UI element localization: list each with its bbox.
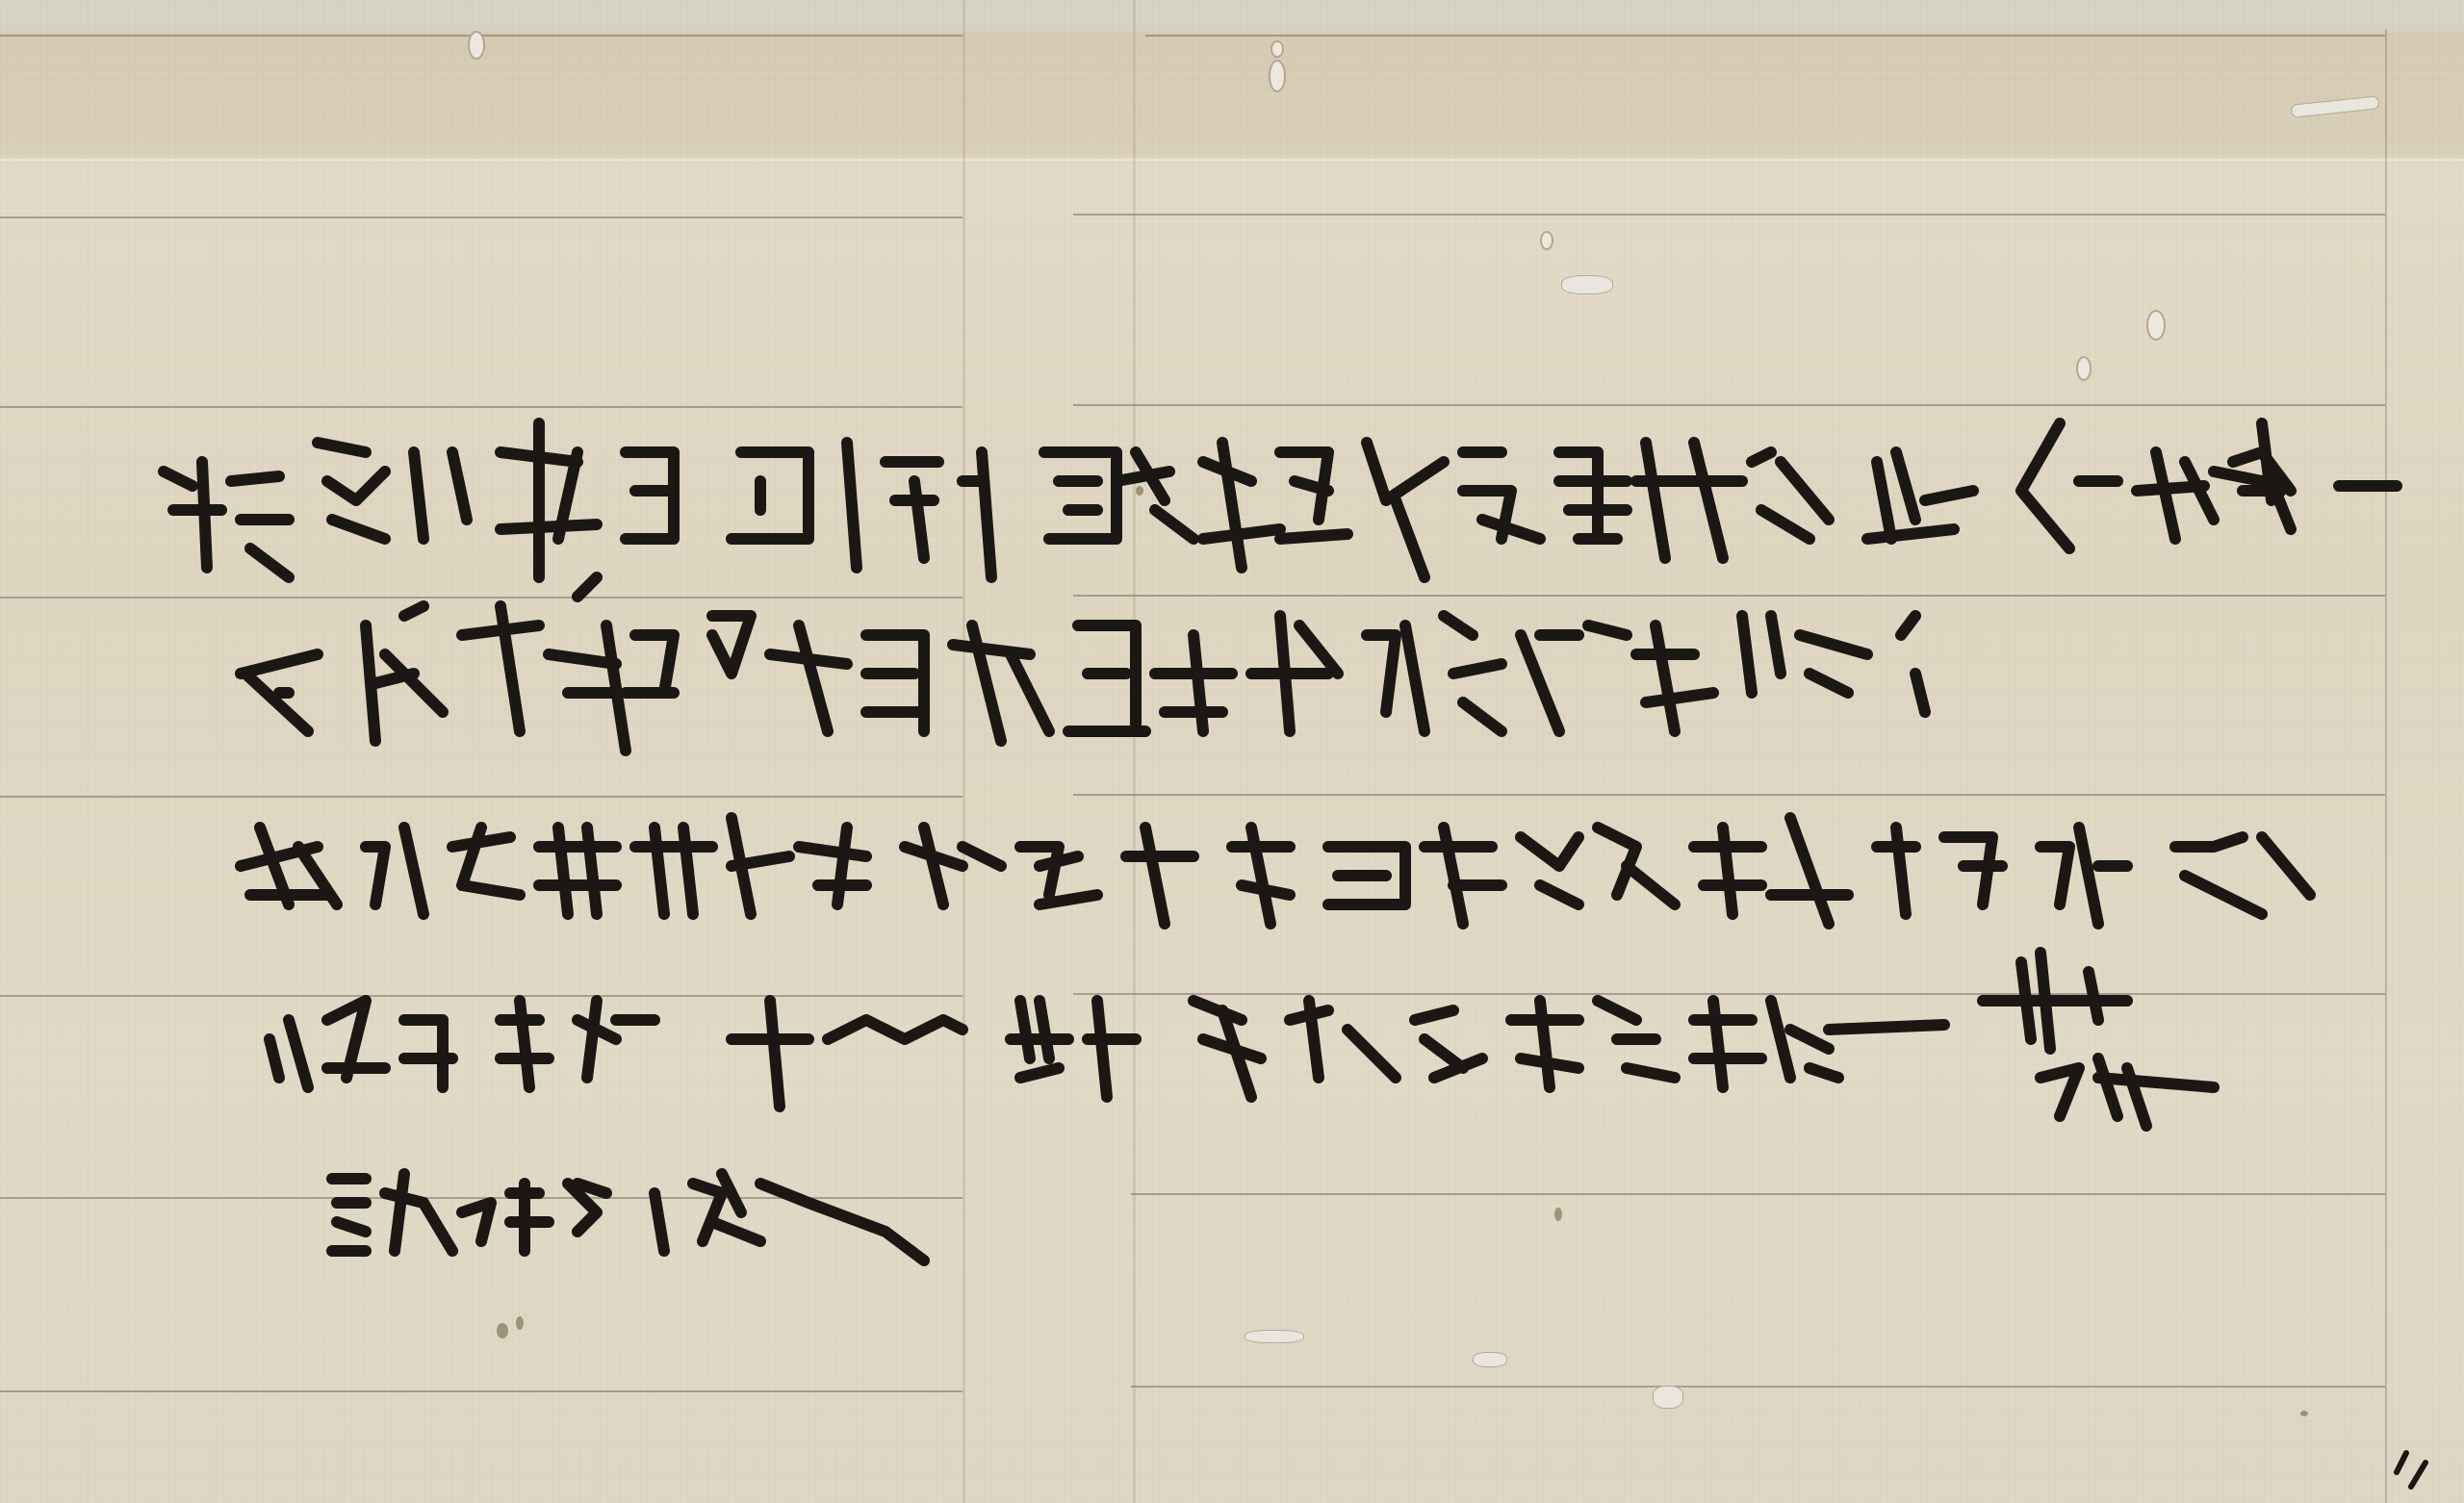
text-line-2	[241, 577, 1925, 751]
edge-ink-fragment	[2397, 1453, 2425, 1487]
text-line-1	[164, 423, 2397, 577]
calligraphy-ink	[0, 0, 2464, 1503]
text-line-3	[241, 818, 2310, 924]
text-line-5	[332, 1174, 924, 1261]
text-line-4	[269, 953, 2214, 1126]
manuscript-page: Japanese cursive calligraphy (sōsho), br…	[0, 0, 2464, 1503]
